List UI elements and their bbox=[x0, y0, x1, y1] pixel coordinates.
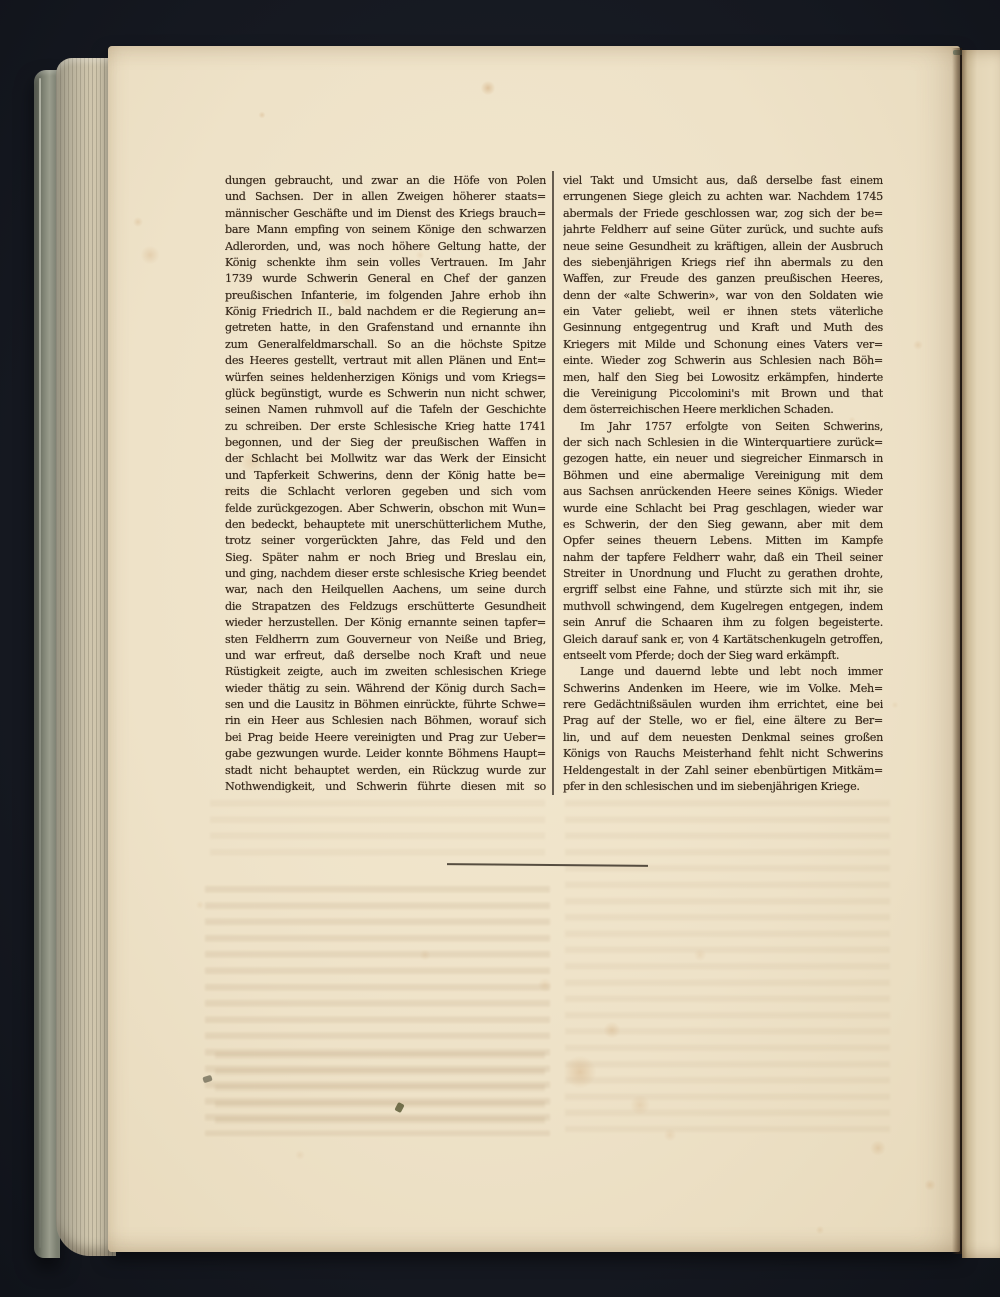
text-line: sen und die Lausitz in Böhmen einrückte,… bbox=[225, 697, 546, 713]
text-line: König Friedrich II., bald nachdem er die… bbox=[225, 304, 546, 320]
text-line: errungenen Siege gleich zu achten war. N… bbox=[563, 189, 883, 205]
text-line: Böhmen und eine abermalige Vereinigung m… bbox=[563, 468, 883, 484]
text-line: zum Generalfeldmarschall. So an die höch… bbox=[225, 337, 546, 353]
text-line: der Schlacht bei Mollwitz war das Werk d… bbox=[225, 451, 546, 467]
text-line: die Strapatzen des Feldzugs erschütterte… bbox=[225, 599, 546, 615]
text-line: Adlerorden, und, was noch höhere Geltung… bbox=[225, 239, 546, 255]
text-line: lin, und auf dem neuesten Denkmal seines… bbox=[563, 730, 883, 746]
text-line: und war erfreut, daß derselbe noch Kraft… bbox=[225, 648, 546, 664]
text-line: abermals der Friede geschlossen war, zog… bbox=[563, 206, 883, 222]
text-line: Heldengestalt in der Zahl seiner ebenbür… bbox=[563, 763, 883, 779]
text-line: Im Jahr 1757 erfolgte von Seiten Schweri… bbox=[563, 419, 883, 435]
text-line: dem österreichischen Heere merklichen Sc… bbox=[563, 402, 883, 418]
facing-page-edge bbox=[962, 50, 1000, 1258]
text-line: und ging, nachdem dieser erste schlesisc… bbox=[225, 566, 546, 582]
text-line: reits die Schlacht verloren gegeben und … bbox=[225, 484, 546, 500]
text-line: Kriegers mit Milde und Schonung eines Va… bbox=[563, 337, 883, 353]
text-line: stadt nicht behauptet werden, ein Rückzu… bbox=[225, 763, 546, 779]
page-stack-edge bbox=[56, 58, 116, 1256]
text-line: Waffen, zur Freude des ganzen preußische… bbox=[563, 271, 883, 287]
text-line: dungen gebraucht, und zwar an die Höfe v… bbox=[225, 173, 546, 189]
text-line: Opfer seines theuern Lebens. Mitten im K… bbox=[563, 533, 883, 549]
text-line: Streiter in Unordnung und Flucht zu gera… bbox=[563, 566, 883, 582]
text-line: Sieg. Später nahm er noch Brieg und Bres… bbox=[225, 550, 546, 566]
text-line: würfen seines heldenherzigen Königs und … bbox=[225, 370, 546, 386]
text-line: aus Sachsen anrückenden Heere seines Kön… bbox=[563, 484, 883, 500]
text-line: jahrte Feldherr auf seine Güter zurück, … bbox=[563, 222, 883, 238]
text-line: gezogen hatte, ein neuer und siegreicher… bbox=[563, 451, 883, 467]
text-line: wurde eine Schlacht bei Prag geschlagen,… bbox=[563, 501, 883, 517]
text-line: und Tapferkeit Schwerins, denn der König… bbox=[225, 468, 546, 484]
text-line: felde zurückgezogen. Aber Schwerin, obsc… bbox=[225, 501, 546, 517]
text-line: viel Takt und Umsicht aus, daß derselbe … bbox=[563, 173, 883, 189]
text-line: Schwerins Andenken im Heere, wie im Volk… bbox=[563, 681, 883, 697]
bleedthrough-ghost bbox=[565, 800, 890, 1132]
text-line: getreten hatte, in den Grafenstand und e… bbox=[225, 320, 546, 336]
text-line: einte. Wieder zog Schwerin aus Schlesien… bbox=[563, 353, 883, 369]
text-line: ergriff selbst eine Fahne, und stürzte s… bbox=[563, 582, 883, 598]
text-line: Prag auf der Stelle, wo er fiel, eine äl… bbox=[563, 713, 883, 729]
text-line: preußischen Infanterie, im folgenden Jah… bbox=[225, 288, 546, 304]
text-line: und Sachsen. Der in allen Zweigen höhere… bbox=[225, 189, 546, 205]
text-line: 1739 wurde Schwerin General en Chef der … bbox=[225, 271, 546, 287]
text-line: Lange und dauernd lebte und lebt noch im… bbox=[563, 664, 883, 680]
text-line: Gesinnung entgegentrug und Kraft und Mut… bbox=[563, 320, 883, 336]
text-column-right: viel Takt und Umsicht aus, daß derselbe … bbox=[563, 173, 883, 795]
text-line: war, nach den Heilquellen Aachens, um se… bbox=[225, 582, 546, 598]
text-line: trotz seiner vorgerückten Jahre, das Fel… bbox=[225, 533, 546, 549]
text-line: den bedeckt, behauptete mit unerschütter… bbox=[225, 517, 546, 533]
text-line: des siebenjährigen Kriegs rief ihn aberm… bbox=[563, 255, 883, 271]
text-line: wieder thätig zu sein. Während der König… bbox=[225, 681, 546, 697]
text-line: begonnen, und der Sieg der preußischen W… bbox=[225, 435, 546, 451]
text-line: entseelt vom Pferde; doch der Sieg ward … bbox=[563, 648, 883, 664]
text-line: die Vereinigung Piccolomini's mit Brown … bbox=[563, 386, 883, 402]
text-line: glück begünstigt, wurde es Schwerin nun … bbox=[225, 386, 546, 402]
book-scan: dungen gebraucht, und zwar an die Höfe v… bbox=[0, 0, 1000, 1297]
text-line: männischer Geschäfte und im Dienst des K… bbox=[225, 206, 546, 222]
text-line: es Schwerin, der den Sieg gewann, aber m… bbox=[563, 517, 883, 533]
text-line: Gleich darauf sank er, von 4 Kartätschen… bbox=[563, 632, 883, 648]
text-line: denn der «alte Schwerin», war von den So… bbox=[563, 288, 883, 304]
text-line: wieder herzustellen. Der König ernannte … bbox=[225, 615, 546, 631]
text-line: Rüstigkeit zeigte, auch im zweiten schle… bbox=[225, 664, 546, 680]
text-line: pfer in den schlesischen und im siebenjä… bbox=[563, 779, 883, 795]
text-line: bare Mann empfing von seinem Könige den … bbox=[225, 222, 546, 238]
text-column-left: dungen gebraucht, und zwar an die Höfe v… bbox=[225, 173, 546, 795]
gutter-shadow bbox=[952, 48, 962, 1254]
text-line: men, half den Sieg bei Lowositz erkämpfe… bbox=[563, 370, 883, 386]
bleedthrough-ghost bbox=[215, 1052, 545, 1130]
text-line: sten Feldherrn zum Gouverneur von Neiße … bbox=[225, 632, 546, 648]
text-line: König schenkte ihm sein volles Vertrauen… bbox=[225, 255, 546, 271]
column-rule bbox=[552, 171, 554, 795]
text-line: seinen Namen ruhmvoll auf die Tafeln der… bbox=[225, 402, 546, 418]
text-line: nahm der tapfere Feldherr wahr, daß ein … bbox=[563, 550, 883, 566]
text-line: des Heeres gestellt, vertraut mit allen … bbox=[225, 353, 546, 369]
text-line: Nothwendigkeit, und Schwerin führte dies… bbox=[225, 779, 546, 795]
text-line: ein Vater geliebt, weil er ihnen stets v… bbox=[563, 304, 883, 320]
text-line: rere Gedächtnißsäulen wurden ihm erricht… bbox=[563, 697, 883, 713]
text-line: zu schreiben. Der erste Schlesische Krie… bbox=[225, 419, 546, 435]
text-line: bei Prag beide Heere vereinigten und Pra… bbox=[225, 730, 546, 746]
text-line: sein Anruf die Schaaren ihm zu folgen be… bbox=[563, 615, 883, 631]
text-line: der sich nach Schlesien in die Winterqua… bbox=[563, 435, 883, 451]
text-line: muthvoll schwingend, dem Kugelregen entg… bbox=[563, 599, 883, 615]
text-line: rin ein Heer aus Schlesien nach Böhmen, … bbox=[225, 713, 546, 729]
text-line: Königs von Rauchs Meisterhand fehlt nich… bbox=[563, 746, 883, 762]
text-line: neue seine Gesundheit zu kräftigen, alle… bbox=[563, 239, 883, 255]
bleedthrough-ghost bbox=[210, 800, 545, 858]
text-line: gabe gezwungen wurde. Leider konnte Böhm… bbox=[225, 746, 546, 762]
